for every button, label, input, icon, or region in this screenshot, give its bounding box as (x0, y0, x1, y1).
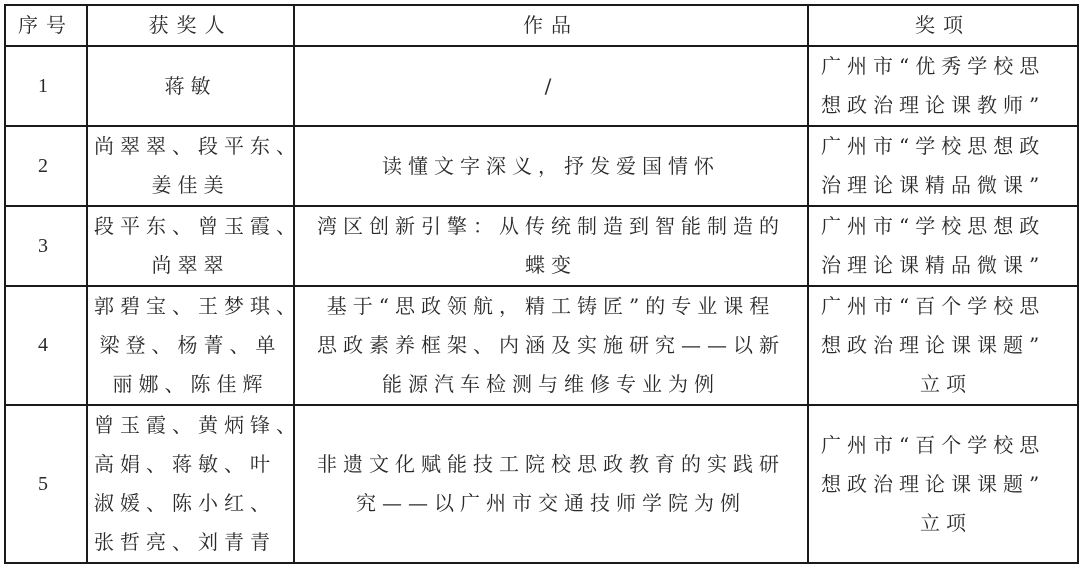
award-table: 序号 获奖人 作品 奖项 1 蒋敏 / 广州市“优秀学校思 想政治理论课教师” … (4, 4, 1079, 564)
winner-cell: 段平东、曾玉霞、 尚翠翠 (87, 206, 294, 286)
header-award: 奖项 (808, 5, 1078, 46)
work-line: 思政素养框架、内涵及实施研究——以新 (309, 326, 793, 365)
table-row: 1 蒋敏 / 广州市“优秀学校思 想政治理论课教师” (5, 46, 1078, 126)
award-line: 立项 (821, 365, 1071, 404)
winner-line: 张哲亮、刘青青 (94, 523, 287, 562)
table-row: 2 尚翠翠、段平东、 姜佳美 读懂文字深义，抒发爱国情怀 广州市“学校思想政 治… (5, 126, 1078, 206)
winner-line: 蒋敏 (94, 67, 287, 106)
award-line: 治理论课精品微课” (821, 246, 1071, 285)
winner-line: 梁登、杨菁、单 (94, 326, 287, 365)
work-line: 蝶变 (309, 246, 793, 285)
winner-cell: 尚翠翠、段平东、 姜佳美 (87, 126, 294, 206)
table-row: 3 段平东、曾玉霞、 尚翠翠 湾区创新引擎：从传统制造到智能制造的 蝶变 广州市… (5, 206, 1078, 286)
work-cell: / (294, 46, 808, 126)
award-cell: 广州市“学校思想政 治理论课精品微课” (808, 126, 1078, 206)
row-number: 4 (5, 286, 87, 405)
row-number: 5 (5, 405, 87, 563)
header-row: 序号 获奖人 作品 奖项 (5, 5, 1078, 46)
award-line: 广州市“优秀学校思 (821, 47, 1071, 86)
table-row: 4 郭碧宝、王梦琪、 梁登、杨菁、单 丽娜、陈佳辉 基于“思政领航，精工铸匠”的… (5, 286, 1078, 405)
table-row: 5 曾玉霞、黄炳锋、 高娟、蒋敏、叶 淑媛、陈小红、 张哲亮、刘青青 非遗文化赋… (5, 405, 1078, 563)
work-line: 湾区创新引擎：从传统制造到智能制造的 (309, 207, 793, 246)
winner-line: 姜佳美 (94, 166, 287, 205)
award-cell: 广州市“百个学校思 想政治理论课课题” 立项 (808, 286, 1078, 405)
work-line: 读懂文字深义，抒发爱国情怀 (309, 147, 793, 186)
award-line: 想政治理论课课题” (821, 326, 1071, 365)
winner-line: 丽娜、陈佳辉 (94, 365, 287, 404)
work-cell: 读懂文字深义，抒发爱国情怀 (294, 126, 808, 206)
header-winner: 获奖人 (87, 5, 294, 46)
award-cell: 广州市“百个学校思 想政治理论课课题” 立项 (808, 405, 1078, 563)
work-cell: 湾区创新引擎：从传统制造到智能制造的 蝶变 (294, 206, 808, 286)
row-number: 3 (5, 206, 87, 286)
row-number: 2 (5, 126, 87, 206)
award-cell: 广州市“优秀学校思 想政治理论课教师” (808, 46, 1078, 126)
award-line: 立项 (821, 504, 1071, 543)
winner-line: 尚翠翠、段平东、 (94, 127, 287, 166)
work-line: 基于“思政领航，精工铸匠”的专业课程 (309, 287, 793, 326)
winner-line: 曾玉霞、黄炳锋、 (94, 406, 287, 445)
work-cell: 基于“思政领航，精工铸匠”的专业课程 思政素养框架、内涵及实施研究——以新 能源… (294, 286, 808, 405)
work-line: 究——以广州市交通技师学院为例 (309, 484, 793, 523)
winner-line: 郭碧宝、王梦琪、 (94, 287, 287, 326)
winner-line: 段平东、曾玉霞、 (94, 207, 287, 246)
work-cell: 非遗文化赋能技工院校思政教育的实践研 究——以广州市交通技师学院为例 (294, 405, 808, 563)
winner-line: 淑媛、陈小红、 (94, 484, 287, 523)
winner-line: 尚翠翠 (94, 246, 287, 285)
award-line: 治理论课精品微课” (821, 166, 1071, 205)
award-line: 广州市“百个学校思 (821, 287, 1071, 326)
work-line: / (309, 67, 793, 106)
winner-cell: 郭碧宝、王梦琪、 梁登、杨菁、单 丽娜、陈佳辉 (87, 286, 294, 405)
award-line: 广州市“百个学校思 (821, 426, 1071, 465)
winner-cell: 蒋敏 (87, 46, 294, 126)
winner-cell: 曾玉霞、黄炳锋、 高娟、蒋敏、叶 淑媛、陈小红、 张哲亮、刘青青 (87, 405, 294, 563)
header-no: 序号 (5, 5, 87, 46)
award-cell: 广州市“学校思想政 治理论课精品微课” (808, 206, 1078, 286)
award-line: 广州市“学校思想政 (821, 127, 1071, 166)
work-line: 能源汽车检测与维修专业为例 (309, 365, 793, 404)
work-line: 非遗文化赋能技工院校思政教育的实践研 (309, 445, 793, 484)
award-line: 想政治理论课教师” (821, 86, 1071, 125)
winner-line: 高娟、蒋敏、叶 (94, 445, 287, 484)
row-number: 1 (5, 46, 87, 126)
header-work: 作品 (294, 5, 808, 46)
award-line: 广州市“学校思想政 (821, 207, 1071, 246)
award-line: 想政治理论课课题” (821, 465, 1071, 504)
